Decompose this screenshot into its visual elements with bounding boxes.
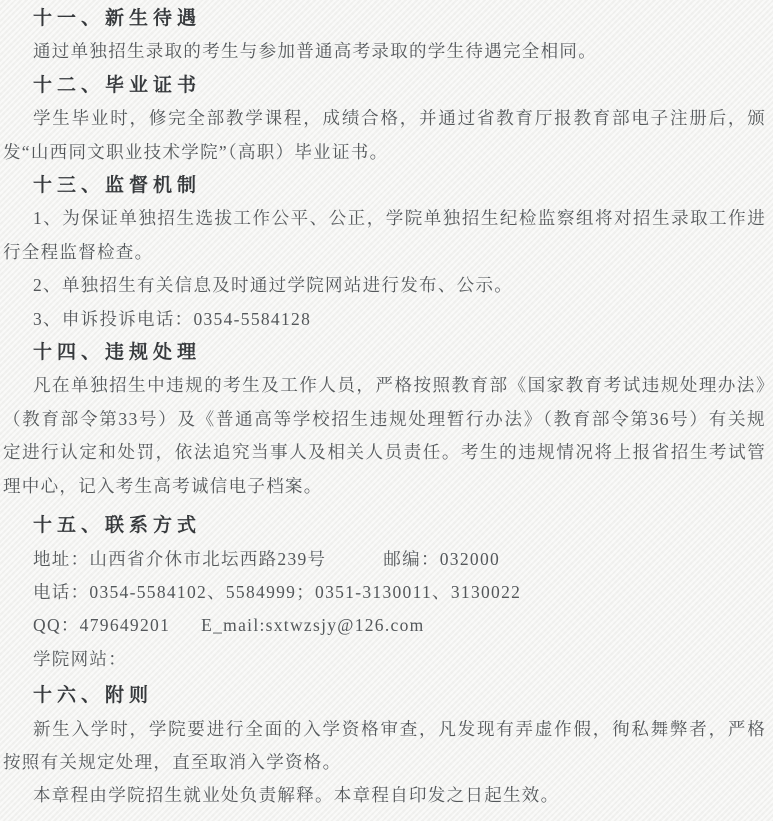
- contact-email: E_mail:sxtwzsjy@126.com: [201, 615, 424, 635]
- contact-phone-line: 电话：0354-5584102、5584999；0351-3130011、313…: [3, 576, 766, 609]
- section-13-item-3-complaint-phone: 3、申诉投诉电话：0354-5584128: [3, 303, 766, 336]
- section-12-heading: 十二、毕业证书: [3, 69, 766, 102]
- section-16-heading: 十六、附则: [3, 679, 766, 712]
- section-13-item-2: 2、单独招生有关信息及时通过学院网站进行发布、公示。: [3, 269, 766, 302]
- section-11-paragraph: 通过单独招生录取的考生与参加普通高考录取的学生待遇完全相同。: [3, 35, 766, 68]
- section-appendix: 十六、附则 新生入学时，学院要进行全面的入学资格审查，凡发现有弄虚作假，徇私舞弊…: [3, 679, 766, 813]
- section-13-heading: 十三、监督机制: [3, 169, 766, 202]
- section-contact-info: 十五、联系方式 地址：山西省介休市北坛西路239号邮编：032000 电话：03…: [3, 509, 766, 676]
- contact-address-line: 地址：山西省介休市北坛西路239号邮编：032000: [3, 543, 766, 576]
- section-16-paragraph-1: 新生入学时，学院要进行全面的入学资格审查，凡发现有弄虚作假，徇私舞弊者，严格按照…: [3, 713, 766, 780]
- contact-website-line: 学院网站：: [3, 643, 766, 676]
- section-14-paragraph: 凡在单独招生中违规的考生及工作人员，严格按照教育部《国家教育考试违规处理办法》（…: [3, 369, 766, 503]
- section-15-heading: 十五、联系方式: [3, 509, 766, 542]
- contact-address: 地址：山西省介休市北坛西路239号: [33, 549, 326, 569]
- document-body: 十一、新生待遇 通过单独招生录取的考生与参加普通高考录取的学生待遇完全相同。 十…: [0, 0, 773, 813]
- section-14-heading: 十四、违规处理: [3, 336, 766, 369]
- contact-postcode: 邮编：032000: [383, 549, 500, 569]
- section-13-item-1: 1、为保证单独招生选拔工作公平、公正，学院单独招生纪检监察组将对招生录取工作进行…: [3, 202, 766, 269]
- section-violation-handling: 十四、违规处理 凡在单独招生中违规的考生及工作人员，严格按照教育部《国家教育考试…: [3, 336, 766, 503]
- contact-qq: QQ：479649201: [33, 615, 170, 635]
- section-16-paragraph-2: 本章程由学院招生就业处负责解释。本章程自印发之日起生效。: [3, 779, 766, 812]
- section-11-heading: 十一、新生待遇: [3, 2, 766, 35]
- section-new-student-treatment: 十一、新生待遇 通过单独招生录取的考生与参加普通高考录取的学生待遇完全相同。: [3, 2, 766, 69]
- section-12-paragraph: 学生毕业时，修完全部教学课程，成绩合格，并通过省教育厅报教育部电子注册后，颁发“…: [3, 102, 766, 169]
- section-diploma: 十二、毕业证书 学生毕业时，修完全部教学课程，成绩合格，并通过省教育厅报教育部电…: [3, 69, 766, 169]
- contact-qq-email-line: QQ：479649201E_mail:sxtwzsjy@126.com: [3, 609, 766, 642]
- section-supervision: 十三、监督机制 1、为保证单独招生选拔工作公平、公正，学院单独招生纪检监察组将对…: [3, 169, 766, 336]
